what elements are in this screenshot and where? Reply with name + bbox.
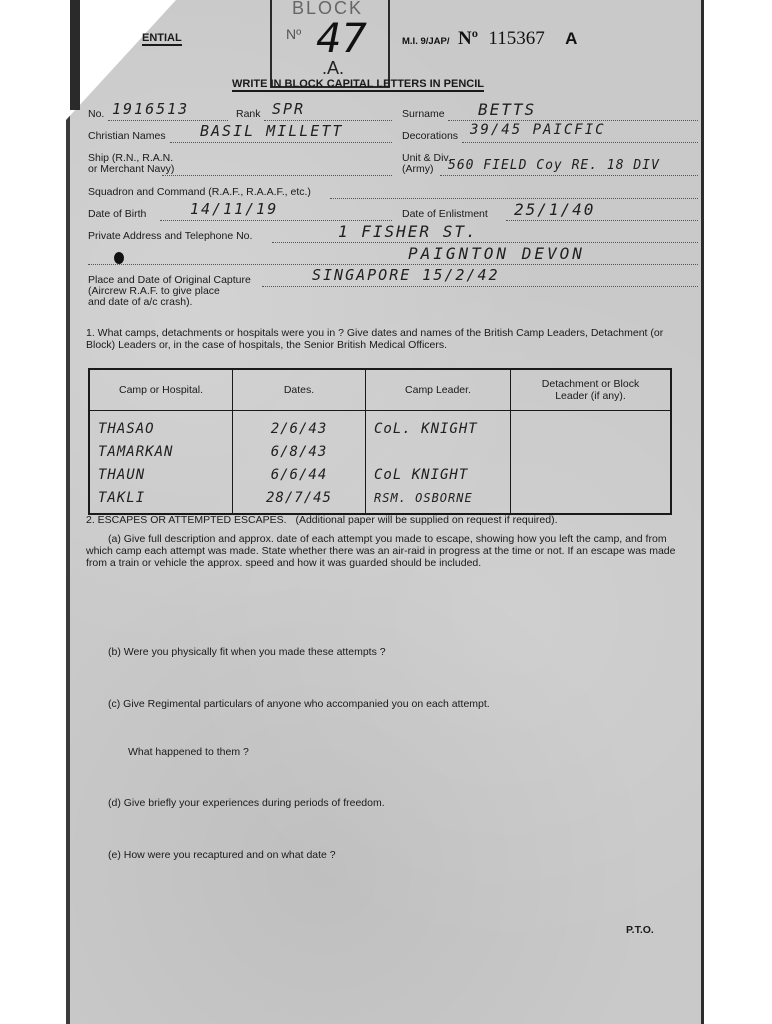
- dob-line: [160, 220, 392, 221]
- dob-label: Date of Birth: [88, 208, 146, 220]
- capture-line: [262, 286, 698, 287]
- col-camp-leader: Camp Leader.: [366, 369, 511, 411]
- stamp-line2: Nº: [286, 26, 301, 42]
- camps-table: Camp or Hospital. Dates. Camp Leader. De…: [88, 368, 672, 515]
- block-cell[interactable]: [511, 486, 672, 514]
- camp-cell[interactable]: THAUN: [89, 463, 233, 486]
- table-row: THASAO 2/6/43 CoL. KNIGHT: [89, 411, 671, 441]
- enlistment-label: Date of Enlistment: [402, 208, 488, 220]
- address-value-2[interactable]: PAIGNTON DEVON: [408, 244, 585, 263]
- question-c2: What happened to them ?: [128, 746, 249, 758]
- camp-cell[interactable]: TAKLI: [89, 486, 233, 514]
- col-dates: Dates.: [233, 369, 366, 411]
- enlistment-line: [506, 220, 698, 221]
- ship-line: [162, 175, 392, 176]
- ink-blot: [114, 252, 124, 264]
- dob-value[interactable]: 14/11/19: [190, 200, 278, 218]
- enlistment-value[interactable]: 25/1/40: [514, 200, 595, 219]
- capture-label-3: and date of a/c crash).: [88, 296, 192, 308]
- camp-cell[interactable]: THASAO: [89, 411, 233, 441]
- rank-value[interactable]: SPR: [272, 100, 305, 118]
- unit-label-2: (Army): [402, 163, 434, 175]
- christian-names-value[interactable]: BASIL MILLETT: [200, 122, 343, 140]
- christian-names-label: Christian Names: [88, 130, 166, 142]
- capture-value[interactable]: SINGAPORE 15/2/42: [312, 266, 500, 284]
- section1-question: 1. What camps, detachments or hospitals …: [86, 327, 692, 351]
- stamp-letter: .A.: [322, 58, 344, 79]
- pto-label: P.T.O.: [626, 924, 654, 936]
- address-line-2: [88, 264, 698, 265]
- leader-cell[interactable]: CoL KNIGHT: [366, 463, 511, 486]
- surname-line: [448, 120, 698, 121]
- unit-value[interactable]: 560 FIELD Coy RE. 18 DIV: [448, 158, 660, 173]
- ref-no-label: Nº: [458, 28, 478, 49]
- rank-line: [264, 120, 392, 121]
- decorations-value[interactable]: 39/45 PAICFIC: [470, 122, 606, 138]
- stamp-number: 47: [316, 16, 367, 62]
- table-row: TAMARKAN 6/8/43: [89, 440, 671, 463]
- ref-prefix: M.I. 9/JAP/: [402, 36, 450, 47]
- block-cell[interactable]: [511, 463, 672, 486]
- col-block-leader: Detachment or Block Leader (if any).: [511, 369, 672, 411]
- date-cell[interactable]: 6/8/43: [233, 440, 366, 463]
- col-camp: Camp or Hospital.: [89, 369, 233, 411]
- surname-label: Surname: [402, 108, 445, 120]
- leader-cell[interactable]: [366, 440, 511, 463]
- question-b: (b) Were you physically fit when you mad…: [108, 646, 386, 658]
- unit-line: [440, 175, 698, 176]
- question-c: (c) Give Regimental particulars of anyon…: [108, 698, 490, 710]
- camp-cell[interactable]: TAMARKAN: [89, 440, 233, 463]
- table-row: THAUN 6/6/44 CoL KNIGHT: [89, 463, 671, 486]
- section2-note: (Additional paper will be supplied on re…: [295, 514, 557, 526]
- address-value-1[interactable]: 1 FISHER ST.: [338, 222, 478, 241]
- block-stamp: BLOCK Nº 47 .A.: [270, 0, 390, 88]
- squadron-label: Squadron and Command (R.A.F., R.A.A.F., …: [88, 186, 311, 198]
- question-d: (d) Give briefly your experiences during…: [108, 797, 385, 809]
- block-cell[interactable]: [511, 411, 672, 441]
- no-line: [108, 120, 228, 121]
- no-value[interactable]: 1916513: [112, 100, 189, 118]
- date-cell[interactable]: 2/6/43: [233, 411, 366, 441]
- surname-value[interactable]: BETTS: [478, 100, 536, 119]
- ref-no: 115367: [488, 28, 544, 49]
- address-line-1: [272, 242, 698, 243]
- torn-edge: [70, 0, 80, 110]
- section2-heading: 2. ESCAPES OR ATTEMPTED ESCAPES. (Additi…: [86, 514, 558, 526]
- decorations-line: [462, 142, 698, 143]
- table-row: TAKLI 28/7/45 RSM. OSBORNE: [89, 486, 671, 514]
- no-label: No.: [88, 108, 104, 120]
- date-cell[interactable]: 28/7/45: [233, 486, 366, 514]
- christian-names-line: [170, 142, 392, 143]
- ref-suffix: A: [565, 29, 577, 48]
- squadron-line: [330, 198, 698, 199]
- classification-label: ENTIAL: [142, 32, 182, 46]
- date-cell[interactable]: 6/6/44: [233, 463, 366, 486]
- leader-cell[interactable]: CoL. KNIGHT: [366, 411, 511, 441]
- ship-label-2: or Merchant Navy): [88, 163, 174, 175]
- instruction-heading: WRITE IN BLOCK CAPITAL LETTERS IN PENCIL: [232, 78, 484, 92]
- rank-label: Rank: [236, 108, 261, 120]
- section2-title: 2. ESCAPES OR ATTEMPTED ESCAPES.: [86, 514, 287, 526]
- question-e: (e) How were you recaptured and on what …: [108, 849, 336, 861]
- question-a: (a) Give full description and approx. da…: [86, 533, 684, 569]
- block-cell[interactable]: [511, 440, 672, 463]
- leader-cell[interactable]: RSM. OSBORNE: [366, 486, 511, 514]
- decorations-label: Decorations: [402, 130, 458, 142]
- address-label: Private Address and Telephone No.: [88, 230, 252, 242]
- reference-number: M.I. 9/JAP/ Nº 115367 A: [402, 28, 577, 50]
